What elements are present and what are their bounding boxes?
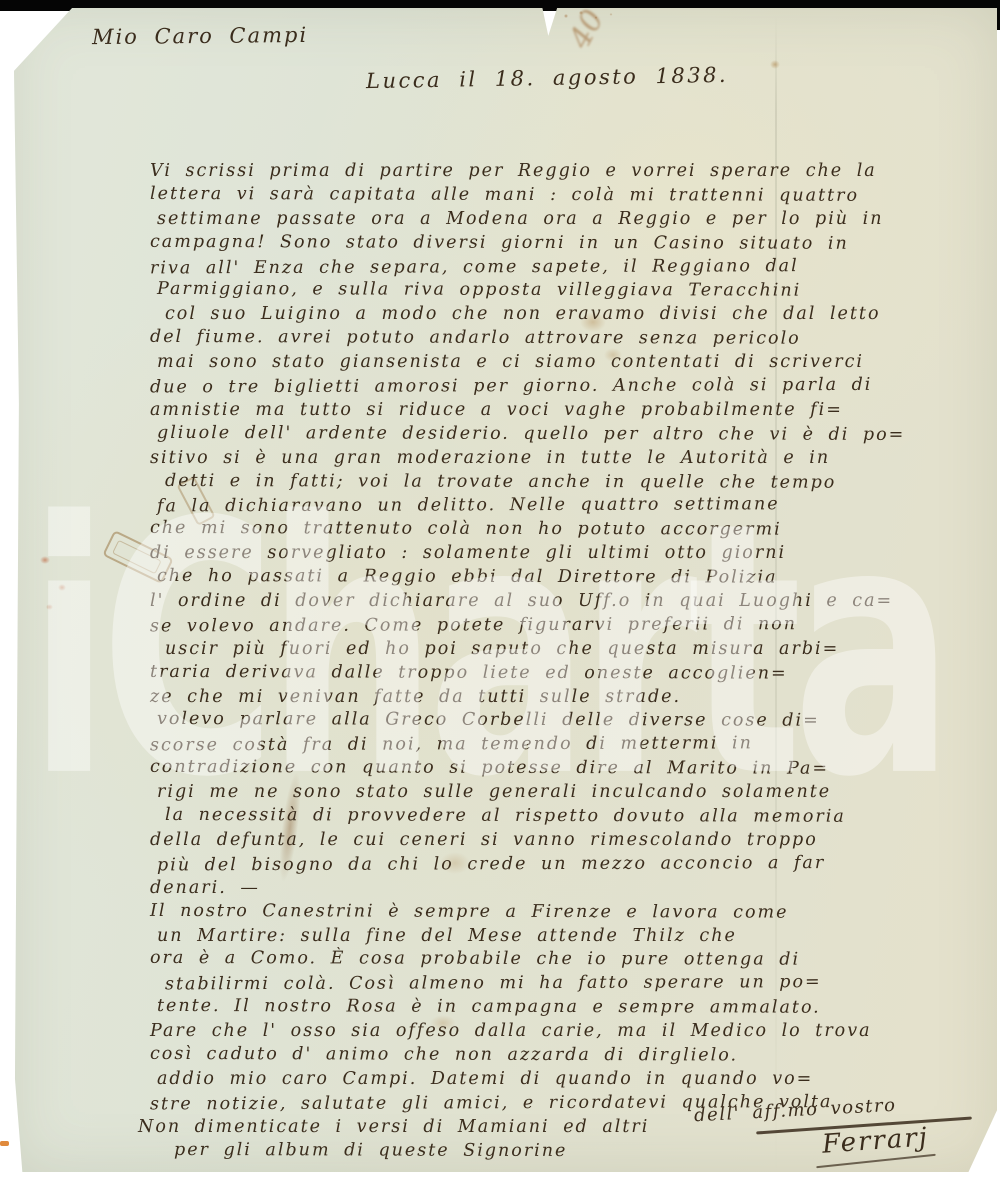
handwritten-line: amnistie ma tutto si riduce a voci vaghe… (150, 399, 962, 423)
handwritten-line: più del bisogno da chi lo crede un mezzo… (157, 851, 962, 878)
handwritten-line: traria derivava dalle troppo liete ed on… (150, 661, 962, 687)
scan-edge-artifact (0, 1141, 9, 1146)
handwritten-line: campagna! Sono stato diversi giorni in u… (150, 231, 962, 257)
letter-body: Vi scrissi prima di partire per Reggio e… (150, 160, 962, 1163)
handwritten-line: ze che mi venivan fatte da tutti sulle s… (150, 686, 962, 710)
handwritten-line: volevo parlare alla Greco Corbelli delle… (157, 708, 962, 734)
handwritten-line: detti e in fatti; voi la trovate anche i… (165, 470, 962, 496)
handwritten-line: denari. — (150, 877, 962, 901)
handwritten-line: l' ordine di dover dichiarare al suo Uff… (150, 590, 962, 614)
handwritten-line: scorse costà fra di noi, ma temendo di m… (150, 732, 962, 759)
handwritten-line: fa la dichiaravano un delitto. Nelle qua… (157, 493, 962, 520)
handwritten-line: Vi scrissi prima di partire per Reggio e… (150, 160, 962, 184)
handwritten-line: stabilirmi colà. Così almeno mi ha fatto… (165, 971, 962, 998)
handwritten-line: settimane passate ora a Modena ora a Reg… (157, 208, 962, 232)
scanned-letter-page: 40 Mio Caro Campi Lucca il 18. agosto 18… (0, 0, 1000, 1181)
handwritten-line: di essere sorvegliato : solamente gli ul… (150, 542, 962, 566)
handwritten-line: la necessità di provvedere al rispetto d… (165, 804, 962, 830)
handwritten-line: Pare che l' osso sia offeso dalla carie,… (150, 1020, 962, 1044)
handwritten-line: tente. Il nostro Rosa è in campagna e se… (157, 995, 962, 1021)
handwritten-line: della defunta, le cui ceneri si vanno ri… (150, 829, 962, 853)
handwritten-line: se volevo andare. Come potete figurarvi … (150, 613, 962, 640)
handwritten-line: sitivo si è una gran moderazione in tutt… (150, 447, 962, 471)
handwritten-line: due o tre biglietti amorosi per giorno. … (150, 374, 962, 401)
handwritten-line: ora è a Como. È cosa probabile che io pu… (150, 947, 962, 973)
handwritten-line: Parmiggiano, e sulla riva opposta villeg… (157, 278, 962, 304)
handwritten-line: mai sono stato giansenista e ci siamo co… (157, 351, 962, 375)
handwritten-line: del fiume. avrei potuto andarlo attrovar… (150, 326, 962, 352)
handwritten-line: gliuole dell' ardente desiderio. quello … (157, 422, 962, 448)
handwritten-line: un Martire: sulla fine del Mese attende … (157, 925, 962, 949)
handwritten-line: contradizione con quanto si potesse dire… (150, 756, 962, 782)
handwritten-line: riva all' Enza che separa, come sapete, … (150, 254, 962, 281)
handwritten-line: rigi me ne sono stato sulle generali inc… (157, 781, 962, 805)
letter-salutation: Mio Caro Campi (92, 23, 308, 49)
handwritten-line: che ho passati a Reggio ebbi dal Diretto… (157, 565, 962, 591)
handwritten-line: lettera vi sarà capitata alle mani : col… (150, 183, 962, 209)
handwritten-line: così caduto d' animo che non azzarda di … (150, 1043, 962, 1069)
handwritten-line: che mi sono trattenuto colà non ho potut… (150, 517, 962, 543)
handwritten-line: col suo Luigino a modo che non eravamo d… (165, 303, 962, 327)
handwritten-line: Il nostro Canestrini è sempre a Firenze … (150, 900, 962, 926)
handwritten-line: uscir più fuori ed ho poi saputo che que… (165, 638, 962, 662)
handwritten-line: addio mio caro Campi. Datemi di quando i… (157, 1068, 962, 1092)
